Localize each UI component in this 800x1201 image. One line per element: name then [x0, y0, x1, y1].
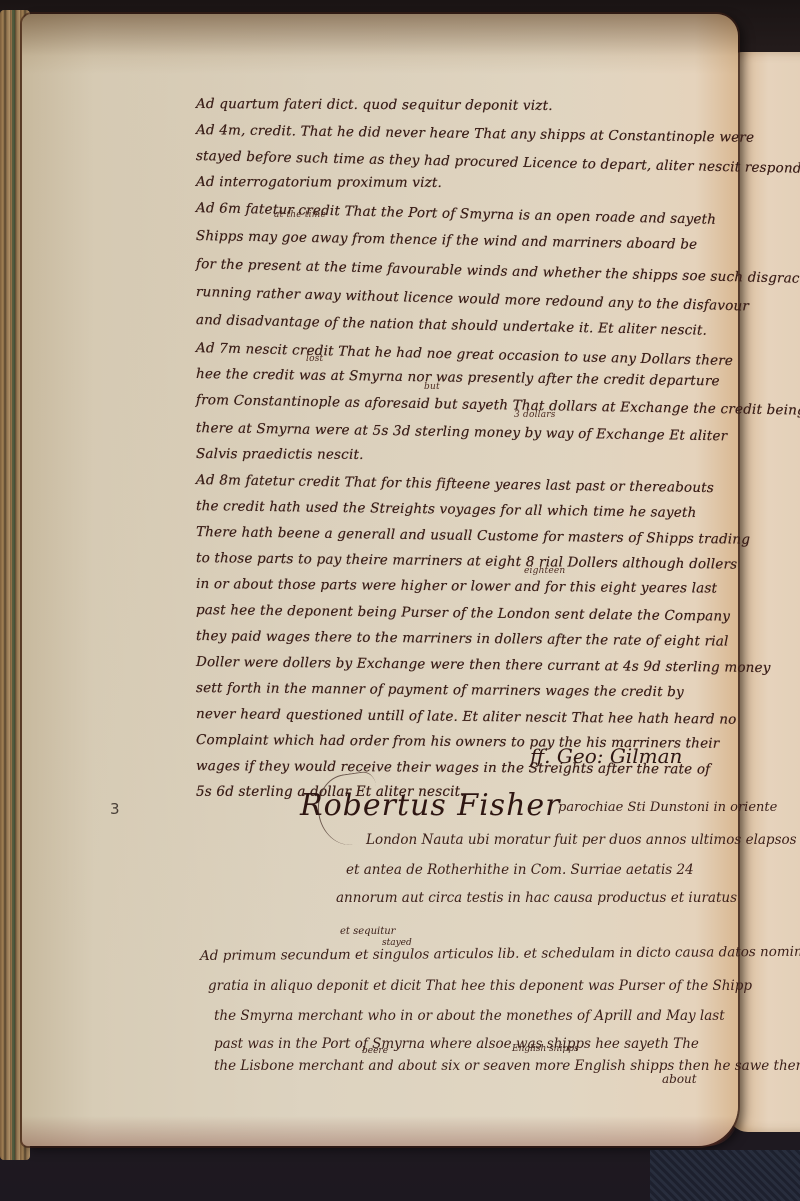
deponent-line: annorum aut circa testis in hac causa pr…: [336, 890, 737, 906]
manuscript-line: gratia in aliquo deponit et dicit That h…: [208, 978, 752, 994]
manuscript-line: Ad interrogatorium proximum vizt.: [196, 174, 442, 191]
catchword: about: [662, 1072, 697, 1086]
manuscript-line: the Lisbone merchant and about six or se…: [214, 1058, 800, 1074]
deponent-name: Robertus Fisher: [300, 788, 560, 823]
interlinear-note: et sequitur: [340, 926, 395, 937]
manuscript-line: the Smyrna merchant who in or about the …: [214, 1008, 725, 1024]
interlinear-note: beere: [362, 1046, 388, 1056]
witness-signature: ff. Geo: Gilman: [530, 744, 682, 768]
folio-number: 3: [110, 800, 120, 818]
manuscript-line: Salvis praedictis nescit.: [196, 446, 364, 463]
interlinear-note: English shipps: [512, 1044, 579, 1054]
deponent-parish: parochiae Sti Dunstoni in oriente: [558, 800, 777, 815]
deponent-line: et antea de Rotherhithe in Com. Surriae …: [346, 862, 694, 878]
interlinear-note: 3 dollars: [514, 410, 556, 420]
manuscript-line: Ad quartum fateri dict. quod sequitur de…: [196, 96, 553, 114]
deponent-line: London Nauta ubi moratur fuit per duos a…: [366, 832, 797, 848]
manuscript-line: past was in the Port of Smyrna where als…: [214, 1036, 699, 1052]
facing-page-edge: [728, 52, 800, 1132]
interlinear-note: lost: [306, 354, 323, 364]
photo-scene: 3 Ad quartum fateri dict. quod sequitur …: [0, 0, 800, 1201]
interlinear-note: eighteen: [524, 566, 565, 576]
background-cloth: [650, 1150, 800, 1201]
interlinear-note: but: [424, 382, 440, 392]
interlinear-note: at the time: [274, 210, 326, 220]
